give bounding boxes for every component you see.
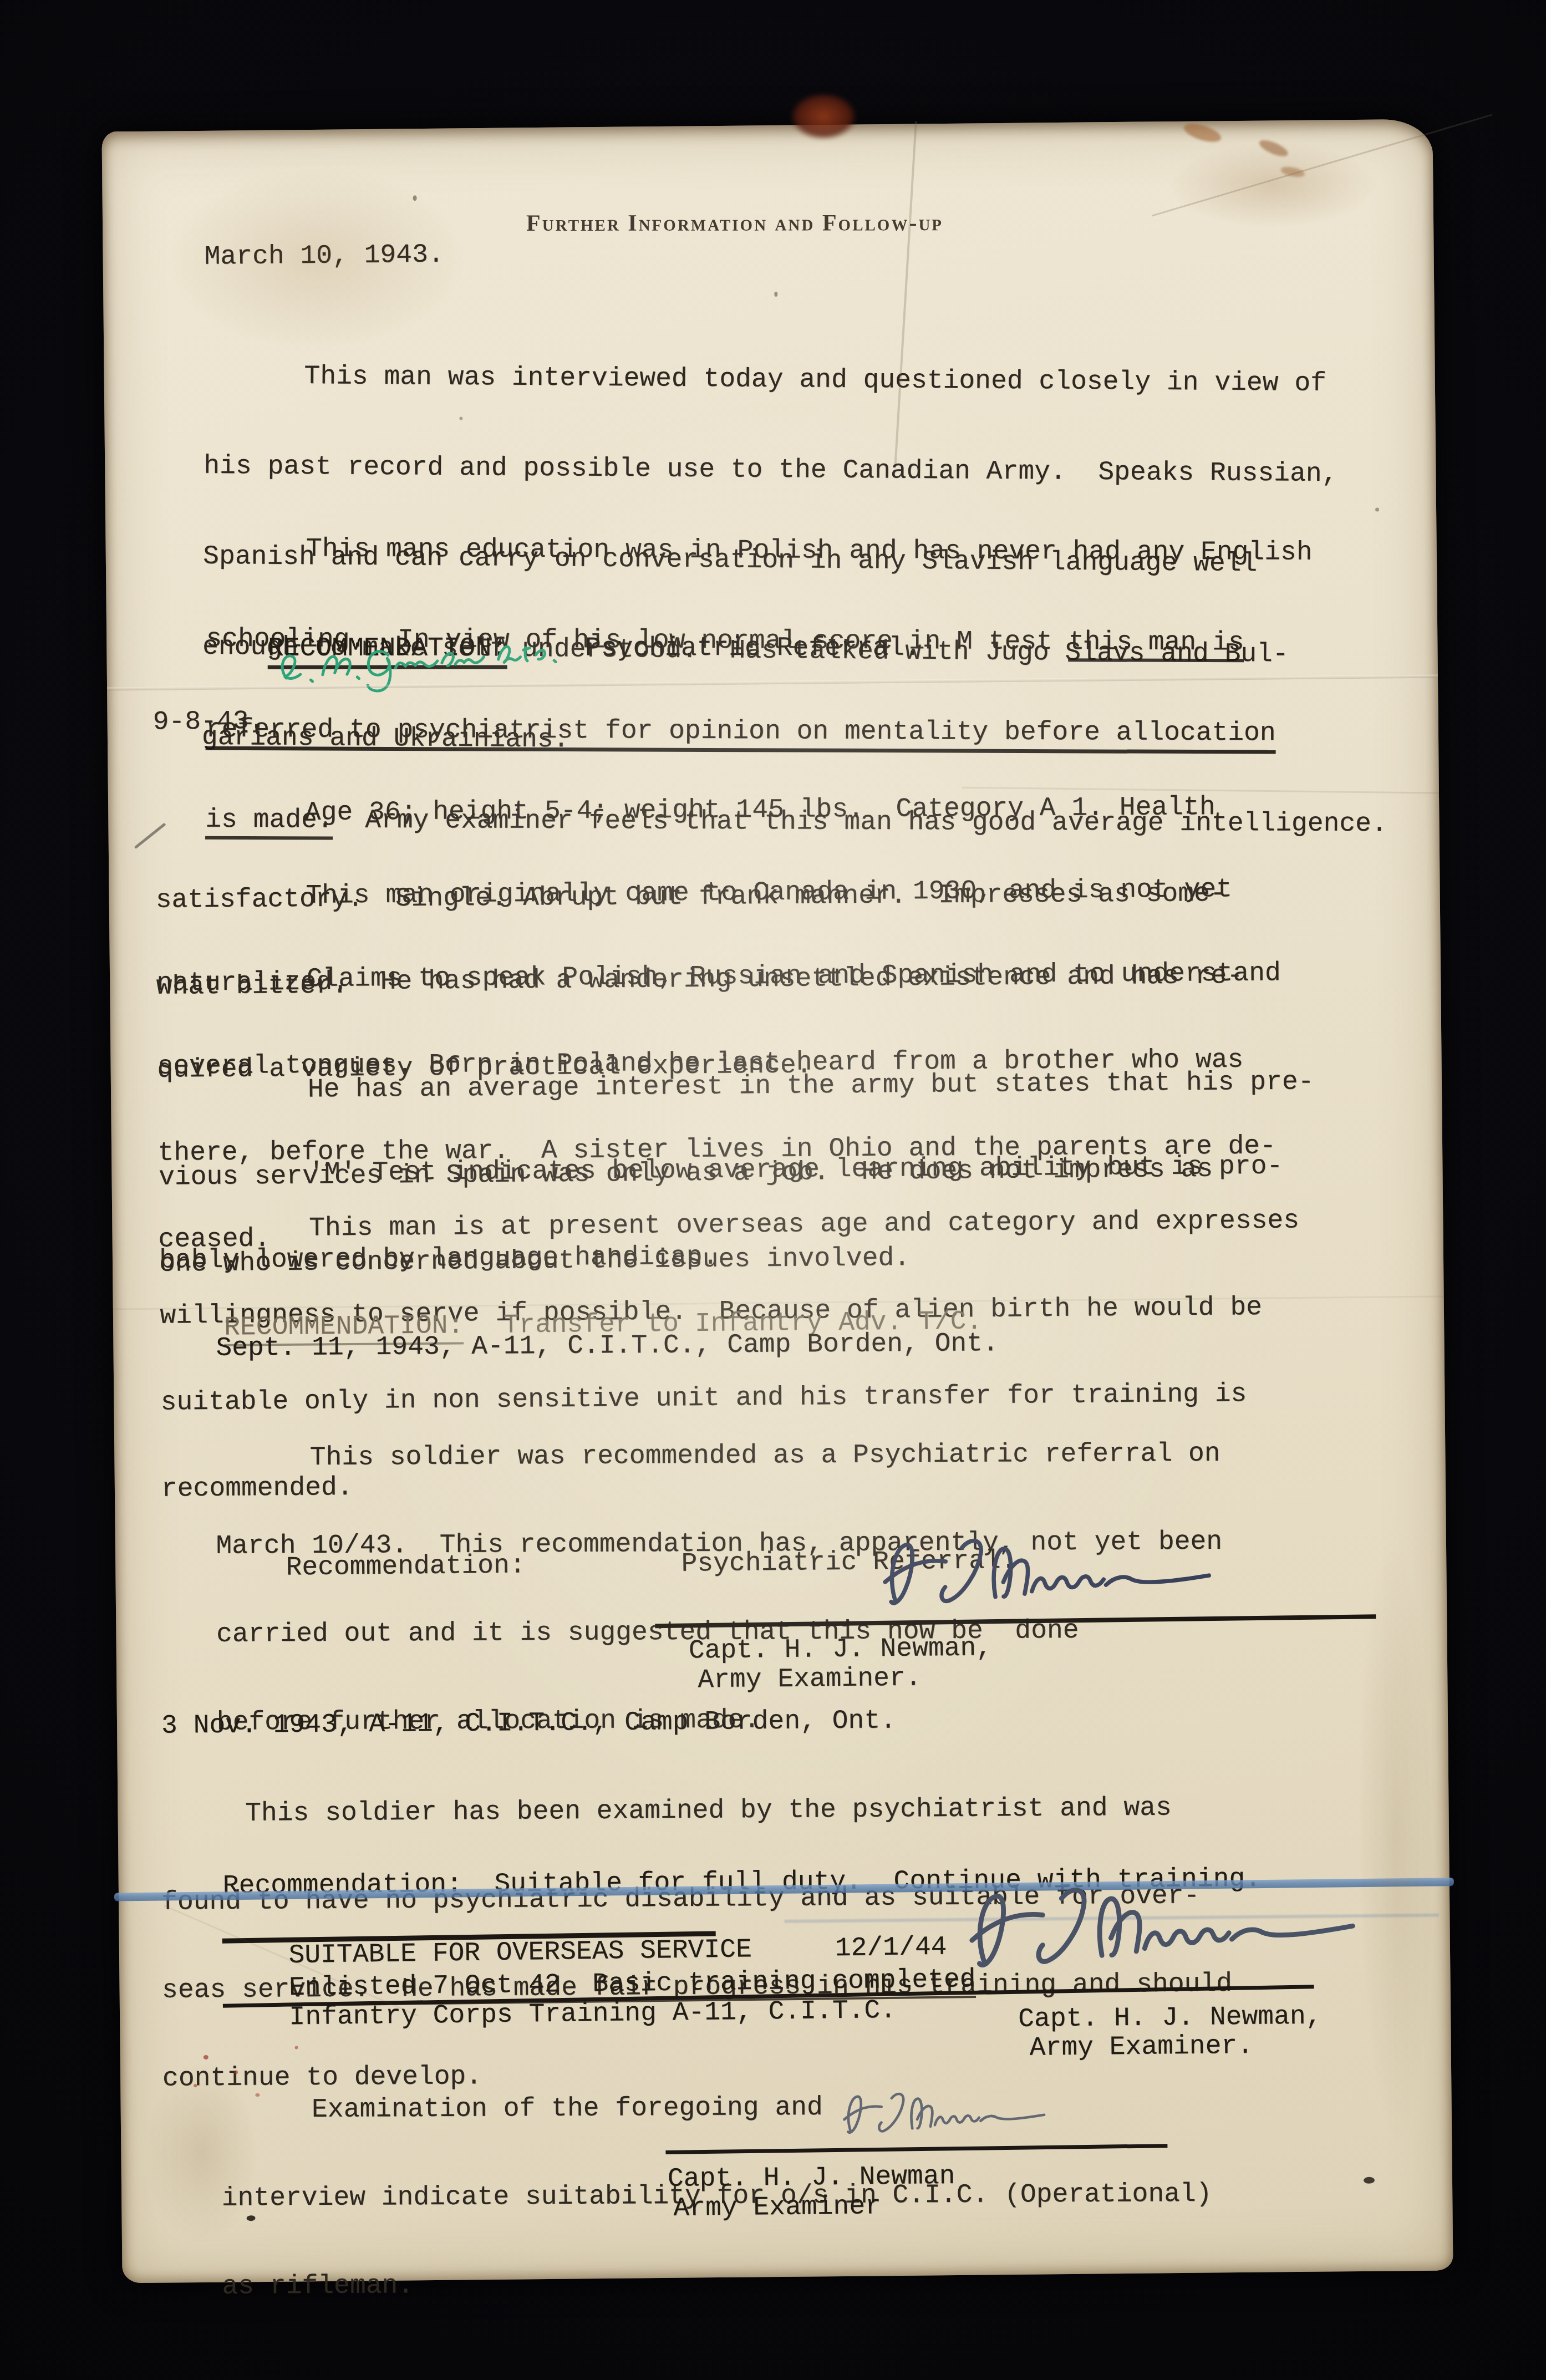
typed-line: This man is at present overseas age and … <box>159 1207 1299 1244</box>
stain <box>1182 120 1223 146</box>
stamp-signature-name: Capt. H. J. Newman, <box>1018 2002 1322 2035</box>
entry2-date: 9-8-43. <box>152 707 265 738</box>
typed-line: This soldier has been examined by the ps… <box>161 1793 1231 1829</box>
typed-line: This mans education was in Polish and ha… <box>206 533 1389 569</box>
entry3-signature-name: Capt. H. J. Newman, <box>689 1634 993 1666</box>
typed-line: This man was interviewed today and quest… <box>204 360 1338 400</box>
typed-line: as rifleman. <box>222 2268 1212 2302</box>
paper-crease <box>1152 114 1492 216</box>
speck <box>774 292 777 297</box>
entry5-signature-title: Army Examiner <box>673 2192 881 2224</box>
recommendation-label: Recommendation: <box>286 1550 526 1583</box>
entry3-signature-title: Army Examiner. <box>698 1664 922 1696</box>
document-paper: Further Information and Follow-up March … <box>101 119 1453 2284</box>
typed-line: Claims to speak Polish, Russian and Span… <box>157 959 1281 994</box>
entry5-signature-name: Capt. H. J. Newman <box>668 2162 955 2194</box>
stain <box>1280 165 1305 179</box>
typed-line: This soldier was recommended as a Psychi… <box>216 1440 1222 1473</box>
entry3-heading: Sept. 11, 1943, A-11, C.I.T.C., Camp Bor… <box>216 1329 999 1364</box>
entry4-heading: 3 Nov. 1943, A-11, C.I.T.C., Camp Borden… <box>161 1706 896 1741</box>
paper-stains <box>101 119 1432 132</box>
entry1-date: March 10, 1943. <box>204 241 444 272</box>
form-title: Further Information and Follow-up <box>103 210 1367 237</box>
stain <box>1257 137 1290 160</box>
scan-background: { "colors":{ "background":"#0a0a0e", "pa… <box>0 0 1546 2380</box>
underlined-text: this man is <box>1069 627 1244 662</box>
recommendation-value: Psychiatric Referral. <box>585 633 921 664</box>
speck <box>1364 2177 1375 2184</box>
newman-signature <box>717 1516 1379 1628</box>
speck <box>413 195 417 201</box>
